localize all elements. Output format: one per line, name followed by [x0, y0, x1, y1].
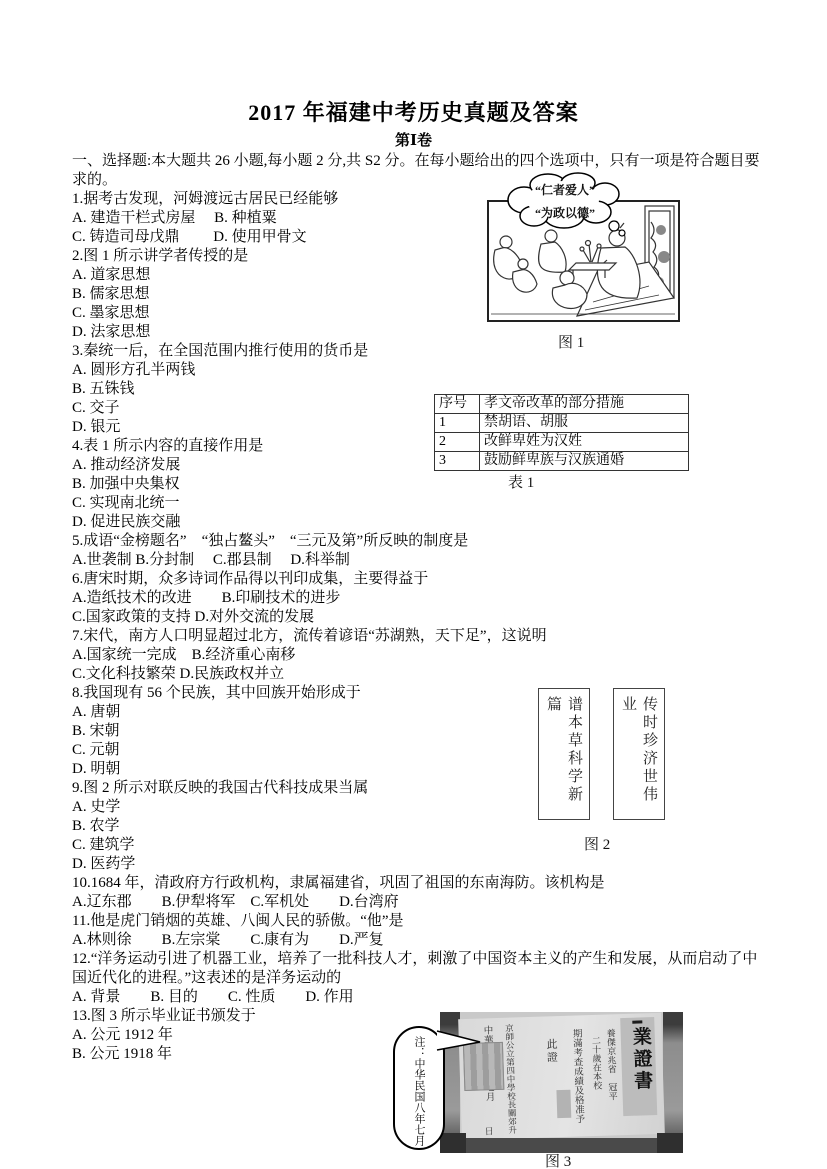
text-line: B. 儒家思想: [72, 285, 150, 304]
text-line: A.造纸技术的改进 B.印刷技术的进步: [72, 589, 340, 608]
text-line: C. 铸造司母戊鼎 D. 使用甲骨文: [72, 228, 307, 247]
text-line: A.林则徐 B.左宗棠 C.康有为 D.严复: [72, 931, 384, 950]
text-line: 3.秦统一后，在全国范围内推行使用的货币是: [72, 342, 368, 361]
text-line: A. 唐朝: [72, 703, 120, 722]
table-cell: 禁胡语、胡服: [480, 414, 689, 433]
table-row: 3鼓励鲜卑族与汉族通婚: [435, 452, 689, 471]
couplet-left-text: 谱本草科学新篇: [543, 696, 585, 819]
text-line: C. 元朝: [72, 741, 120, 760]
text-line: 7.宋代，南方人口明显超过北方，流传着谚语“苏湖熟，天下足”，这说明: [72, 627, 547, 646]
text-line: D. 法家思想: [72, 323, 150, 342]
text-line: B. 五铢钱: [72, 380, 135, 399]
text-line: A. 推动经济发展: [72, 456, 180, 475]
annotation-text: 注：中华民国八年七月: [411, 1036, 427, 1148]
text-line: D. 银元: [72, 418, 120, 437]
figure1-caption: 图 1: [558, 331, 584, 352]
text-line: A. 道家思想: [72, 266, 150, 285]
text-line: 12.“洋务运动引进了机器工业，培养了一批科技人才，刺激了中国资本主义的产生和发…: [72, 950, 757, 969]
text-line: 5.成语“金榜题名” “独占鳌头” “三元及第”所反映的制度是: [72, 532, 468, 551]
text-line: 13.图 3 所示毕业证书颁发于: [72, 1007, 256, 1026]
table-cell: 3: [435, 452, 480, 471]
text-line: A.辽东郡 B.伊犁将军 C.军机处 D.台湾府: [72, 893, 399, 912]
text-line: C. 交子: [72, 399, 120, 418]
reform-measures-table: 序号孝文帝改革的部分措施 1禁胡语、胡服2改鲜卑姓为汉姓3鼓励鲜卑族与汉族通婚: [434, 394, 689, 471]
photo-frame-foot-right: [657, 1133, 683, 1153]
text-line: C. 建筑学: [72, 836, 135, 855]
volume-heading: 第Ⅰ卷: [0, 129, 827, 150]
diploma-age-line: 二十歲在本校: [590, 1036, 605, 1090]
text-line: 1.据考古发现，河姆渡远古居民已经能够: [72, 190, 338, 209]
text-line: D. 医药学: [72, 855, 135, 874]
text-line: C.文化科技繁荣 D.民族政权并立: [72, 665, 284, 684]
text-line: 6.唐宋时期，众多诗词作品得以刊印成集，主要得益于: [72, 570, 428, 589]
speech-bubble: “仁者爱人” “为政以德”: [500, 170, 630, 238]
text-line: 求的。: [72, 171, 117, 190]
table-header-row: 序号孝文帝改革的部分措施: [435, 395, 689, 414]
table-cell: 1: [435, 414, 480, 433]
text-line: C. 墨家思想: [72, 304, 150, 323]
diploma-paper: 業證書 養傑京兆省 冠平 二十歲在本校 期滿考查成績及格准予 此證 京師公立第四…: [458, 1013, 665, 1140]
text-line: A.世袭制 B.分封制 C.郡县制 D.科举制: [72, 551, 350, 570]
table1-caption: 表 1: [508, 471, 534, 492]
text-line: 9.图 2 所示对联反映的我国古代科技成果当属: [72, 779, 368, 798]
text-line: A. 圆形方孔半两钱: [72, 361, 195, 380]
table1-header-cell: 序号: [435, 395, 480, 414]
diploma-principal-line: 京師公立第四中學校長關郊升: [503, 1023, 518, 1134]
figure3-caption: 图 3: [545, 1150, 571, 1169]
text-line: 8.我国现有 56 个民族，其中回族开始形成于: [72, 684, 361, 703]
text-line: D. 促进民族交融: [72, 513, 180, 532]
diploma-title-mark: [632, 1020, 642, 1023]
text-line: A. 背景 B. 目的 C. 性质 D. 作用: [72, 988, 354, 1007]
text-line: B. 宋朝: [72, 722, 120, 741]
diploma-title: 業證書: [626, 1026, 655, 1093]
text-line: C. 实现南北统一: [72, 494, 180, 513]
diploma-day-char: 日: [484, 1124, 493, 1137]
photo-frame-right: [663, 1012, 683, 1153]
table-row: 1禁胡语、胡服: [435, 414, 689, 433]
text-line: 11.他是虎门销烟的英雄、八闽人民的骄傲。“他”是: [72, 912, 404, 931]
text-line: 4.表 1 所示内容的直接作用是: [72, 437, 263, 456]
couplet-scroll-left: 谱本草科学新篇: [538, 688, 590, 820]
text-line: A. 史学: [72, 798, 120, 817]
bubble-text-line1: “仁者爱人”: [500, 181, 630, 198]
couplet-right-text: 传时珍济世伟业: [618, 696, 660, 819]
page-title: 2017 年福建中考历史真题及答案: [0, 96, 827, 127]
table-row: 2改鲜卑姓为汉姓: [435, 433, 689, 452]
figure2-caption: 图 2: [584, 833, 610, 854]
text-line: D. 明朝: [72, 760, 120, 779]
annotation-pointer: [436, 1028, 482, 1054]
text-line: 10.1684 年，清政府方行政机构，隶属福建省，巩固了祖国的东南海防。该机构是: [72, 874, 605, 893]
exam-document-page: 2017 年福建中考历史真题及答案 第Ⅰ卷 一、选择题:本大题共 26 小题,每…: [0, 0, 827, 1169]
text-line: 一、选择题:本大题共 26 小题,每小题 2 分,共 S2 分。在每小题给出的四…: [72, 152, 760, 171]
text-line: A. 公元 1912 年: [72, 1026, 173, 1045]
text-line: A.国家统一完成 B.经济重心南移: [72, 646, 295, 665]
table-cell: 鼓励鲜卑族与汉族通婚: [480, 452, 689, 471]
text-line: B. 农学: [72, 817, 120, 836]
table-cell: 2: [435, 433, 480, 452]
diploma-student-line: 養傑京兆省 冠平: [605, 1028, 620, 1100]
diploma-this-cert: 此證: [543, 1038, 560, 1064]
table1-header-cell: 孝文帝改革的部分措施: [480, 395, 689, 414]
text-line: 国近代化的进程。”这表述的是洋务运动的: [72, 969, 341, 988]
couplet-scroll-right: 传时珍济世伟业: [613, 688, 665, 820]
photo-frame-foot-left: [440, 1133, 466, 1153]
small-seal-stamp: [556, 1090, 571, 1118]
text-line: 2.图 1 所示讲学者传授的是: [72, 247, 248, 266]
text-line: B. 公元 1918 年: [72, 1045, 172, 1064]
text-line: C.国家政策的支持 D.对外交流的发展: [72, 608, 314, 627]
table-cell: 改鲜卑姓为汉姓: [480, 433, 689, 452]
text-line: B. 加强中央集权: [72, 475, 180, 494]
text-line: A. 建造干栏式房屋 B. 种植粟: [72, 209, 277, 228]
bubble-text-line2: “为政以德”: [500, 204, 630, 221]
